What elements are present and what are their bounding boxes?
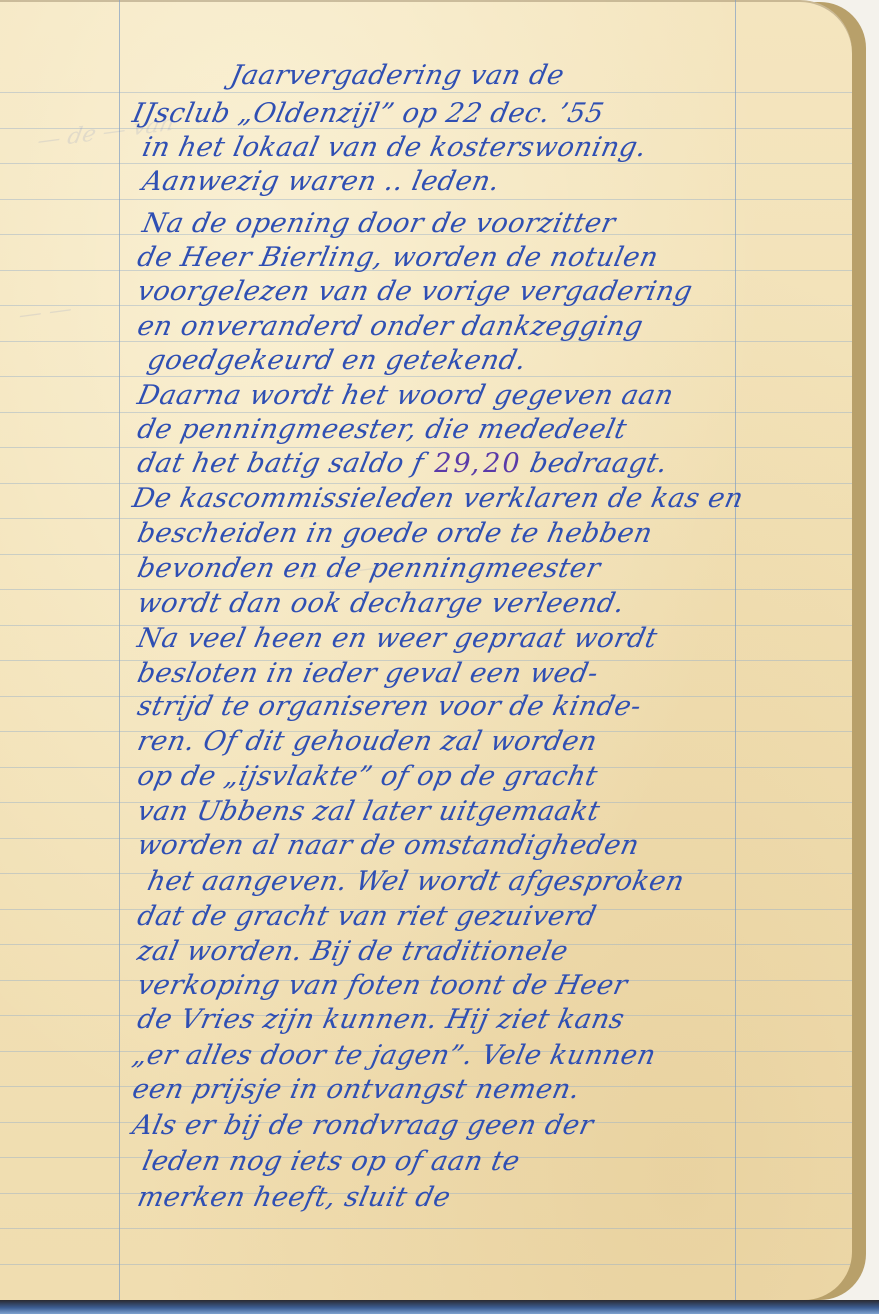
handwritten-line: leden nog iets op of aan te [140, 1148, 522, 1175]
line-text: de Heer Bierling, worden de notulen [135, 242, 662, 273]
handwritten-line: en onveranderd onder dankzegging [135, 313, 646, 340]
handwritten-text: Jaarvergadering van deIJsclub „Oldenzijl… [0, 0, 852, 1300]
balance-amount: 29,20 [420, 448, 524, 479]
line-text: Na veel heen en weer gepraat wordt [135, 623, 661, 654]
handwritten-line: wordt dan ook decharge verleend. [135, 590, 627, 617]
handwritten-line: merken heeft, sluit de [135, 1184, 453, 1211]
handwritten-line: op de „ijsvlakte” of op de gracht [135, 763, 600, 790]
handwritten-line: Na de opening door de voorzitter [140, 210, 618, 237]
line-text: leden nog iets op of aan te [140, 1146, 523, 1177]
handwritten-line: van Ubbens zal later uitgemaakt [135, 798, 602, 825]
line-text: op de „ijsvlakte” of op de gracht [135, 761, 601, 792]
line-text: worden al naar de omstandigheden [135, 830, 643, 861]
handwritten-line: dat de gracht van riet gezuiverd [135, 903, 599, 930]
handwritten-line: in het lokaal van de kosterswoning. [140, 134, 649, 161]
line-text: merken heeft, sluit de [135, 1182, 454, 1213]
handwritten-line: de Vries zijn kunnen. Hij ziet kans [135, 1006, 627, 1033]
line-text: van Ubbens zal later uitgemaakt [135, 796, 603, 827]
line-text: ren. Of dit gehouden zal worden [135, 726, 601, 757]
line-text: besloten in ieder geval een wed- [135, 658, 602, 689]
scanner-edge-strip [0, 1300, 879, 1314]
handwritten-line: goedgekeurd en getekend. [145, 347, 529, 374]
line-text: in het lokaal van de kosterswoning. [140, 132, 650, 163]
line-text: goedgekeurd en getekend. [145, 345, 530, 376]
handwritten-line: bescheiden in goede orde te hebben [135, 520, 655, 547]
handwritten-line: Daarna wordt het woord gegeven aan [135, 382, 676, 409]
line-text: bescheiden in goede orde te hebben [135, 518, 656, 549]
line-text: Jaarvergadering van de [228, 60, 568, 91]
line-text: de Vries zijn kunnen. Hij ziet kans [135, 1004, 628, 1035]
line-text: Aanwezig waren .. leden. [140, 166, 503, 197]
handwritten-line: een prijsje in ontvangst nemen. [130, 1076, 582, 1103]
handwritten-line: „er alles door te jagen”. Vele kunnen [130, 1042, 658, 1069]
handwritten-line: strijd te organiseren voor de kinde- [135, 693, 644, 720]
line-text: het aangeven. Wel wordt afgesproken [145, 866, 688, 897]
line-text: verkoping van foten toont de Heer [135, 970, 631, 1001]
handwritten-line: De kascommissieleden verklaren de kas en [130, 485, 746, 512]
line-text: de penningmeester, die mededeelt [135, 414, 630, 445]
line-text: IJsclub „Oldenzijl” op 22 dec. ’55 [130, 98, 607, 129]
line-text: bevonden en de penningmeester [135, 553, 604, 584]
handwritten-line: besloten in ieder geval een wed- [135, 660, 601, 687]
line-text: een prijsje in ontvangst nemen. [130, 1074, 583, 1105]
notebook-page: — de — van— —— — — Jaarvergadering van d… [0, 0, 852, 1300]
line-text: en onveranderd onder dankzegging [135, 311, 646, 342]
line-text: dat de gracht van riet gezuiverd [135, 901, 600, 932]
handwritten-line: de penningmeester, die mededeelt [135, 416, 629, 443]
line-text: zal worden. Bij de traditionele [135, 936, 571, 967]
line-text: voorgelezen van de vorige vergadering [135, 276, 696, 307]
line-text: Als er bij de rondvraag geen der [130, 1110, 597, 1141]
handwritten-line: IJsclub „Oldenzijl” op 22 dec. ’55 [130, 100, 606, 127]
handwritten-line: zal worden. Bij de traditionele [135, 938, 571, 965]
handwritten-line: worden al naar de omstandigheden [135, 832, 642, 859]
handwritten-line: Na veel heen en weer gepraat wordt [135, 625, 660, 652]
handwritten-line: Aanwezig waren .. leden. [140, 168, 502, 195]
handwritten-line: dat het batig saldo f 29,20 bedraagt. [135, 450, 670, 477]
handwritten-line: Jaarvergadering van de [228, 62, 567, 89]
line-text: De kascommissieleden verklaren de kas en [130, 483, 747, 514]
line-text: „er alles door te jagen”. Vele kunnen [130, 1040, 659, 1071]
handwritten-line: bevonden en de penningmeester [135, 555, 603, 582]
handwritten-line: het aangeven. Wel wordt afgesproken [145, 868, 687, 895]
line-text: Daarna wordt het woord gegeven aan [135, 380, 677, 411]
handwritten-line: verkoping van foten toont de Heer [135, 972, 630, 999]
handwritten-line: ren. Of dit gehouden zal worden [135, 728, 600, 755]
handwritten-line: de Heer Bierling, worden de notulen [135, 244, 661, 271]
line-text-suffix: bedraagt. [518, 448, 671, 479]
line-text: Na de opening door de voorzitter [140, 208, 619, 239]
line-text: dat het batig saldo f [135, 448, 427, 479]
line-text: wordt dan ook decharge verleend. [135, 588, 628, 619]
handwritten-line: voorgelezen van de vorige vergadering [135, 278, 695, 305]
line-text: strijd te organiseren voor de kinde- [135, 691, 645, 722]
handwritten-line: Als er bij de rondvraag geen der [130, 1112, 596, 1139]
